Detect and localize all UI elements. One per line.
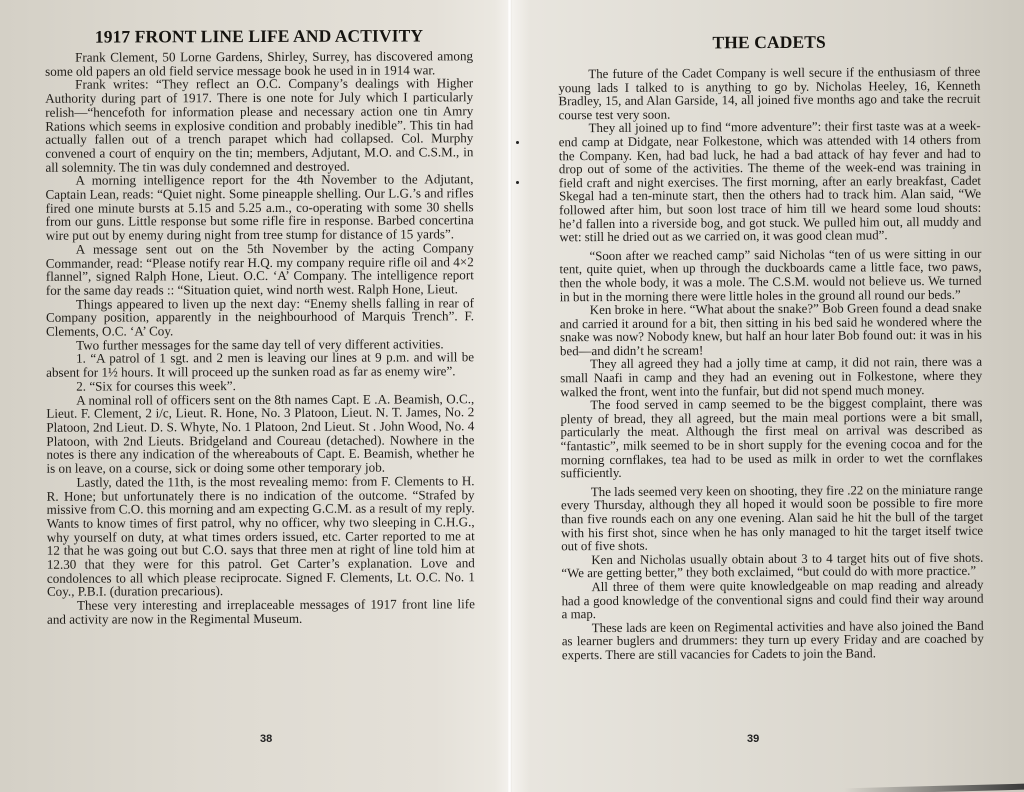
paragraph: Ken and Nicholas usually obtain about 3 … bbox=[561, 551, 983, 581]
page-edge-shadow bbox=[844, 784, 1024, 792]
paragraph: A message sent out on the 5th November b… bbox=[46, 241, 474, 297]
paragraph: The lads seemed very keen on shooting, t… bbox=[561, 484, 983, 555]
article-title: 1917 FRONT LINE LIFE AND ACTIVITY bbox=[45, 25, 473, 47]
paragraph: All three of them were quite knowledgeab… bbox=[561, 579, 983, 622]
right-page-content: THE CADETS The future of the Cadet Compa… bbox=[558, 31, 984, 663]
paragraph: Ken broke in here. “What about the snake… bbox=[560, 302, 982, 359]
paragraph: They all agreed they had a jolly time at… bbox=[560, 356, 982, 399]
page-number: 39 bbox=[747, 733, 759, 745]
paragraph: “Soon after we reached camp” said Nichol… bbox=[559, 247, 981, 304]
paragraph: Lastly, dated the 11th, is the most reve… bbox=[47, 474, 475, 599]
paragraph: Frank Clement, 50 Lorne Gardens, Shirley… bbox=[45, 49, 473, 78]
paragraph: The food served in camp seemed to be the… bbox=[560, 397, 982, 481]
page-number: 38 bbox=[260, 733, 272, 745]
paragraph: Things appeared to liven up the next day… bbox=[46, 296, 474, 339]
paragraph: Frank writes: “They reflect an O.C. Comp… bbox=[45, 77, 473, 174]
paragraph: These very interesting and irreplaceable… bbox=[47, 597, 475, 626]
paragraph: A morning intelligence report for the 4t… bbox=[45, 173, 473, 243]
left-page: 1917 FRONT LINE LIFE AND ACTIVITY Frank … bbox=[0, 0, 510, 792]
paragraph: 1. “A patrol of 1 sgt. and 2 men is leav… bbox=[46, 351, 474, 380]
paragraph: These lads are keen on Regimental activi… bbox=[562, 619, 984, 662]
open-booklet-spread: 1917 FRONT LINE LIFE AND ACTIVITY Frank … bbox=[0, 0, 1024, 792]
paragraph: A nominal roll of officers sent on the 8… bbox=[46, 392, 474, 476]
article-title: THE CADETS bbox=[558, 31, 980, 55]
staple-icon bbox=[516, 181, 519, 184]
paragraph: The future of the Cadet Company is well … bbox=[558, 66, 980, 123]
paragraph: They all joined up to find “more adventu… bbox=[559, 120, 982, 245]
right-page: THE CADETS The future of the Cadet Compa… bbox=[510, 0, 1024, 792]
book-spine bbox=[508, 0, 512, 792]
staple-icon bbox=[516, 141, 519, 144]
left-page-content: 1917 FRONT LINE LIFE AND ACTIVITY Frank … bbox=[45, 25, 475, 626]
